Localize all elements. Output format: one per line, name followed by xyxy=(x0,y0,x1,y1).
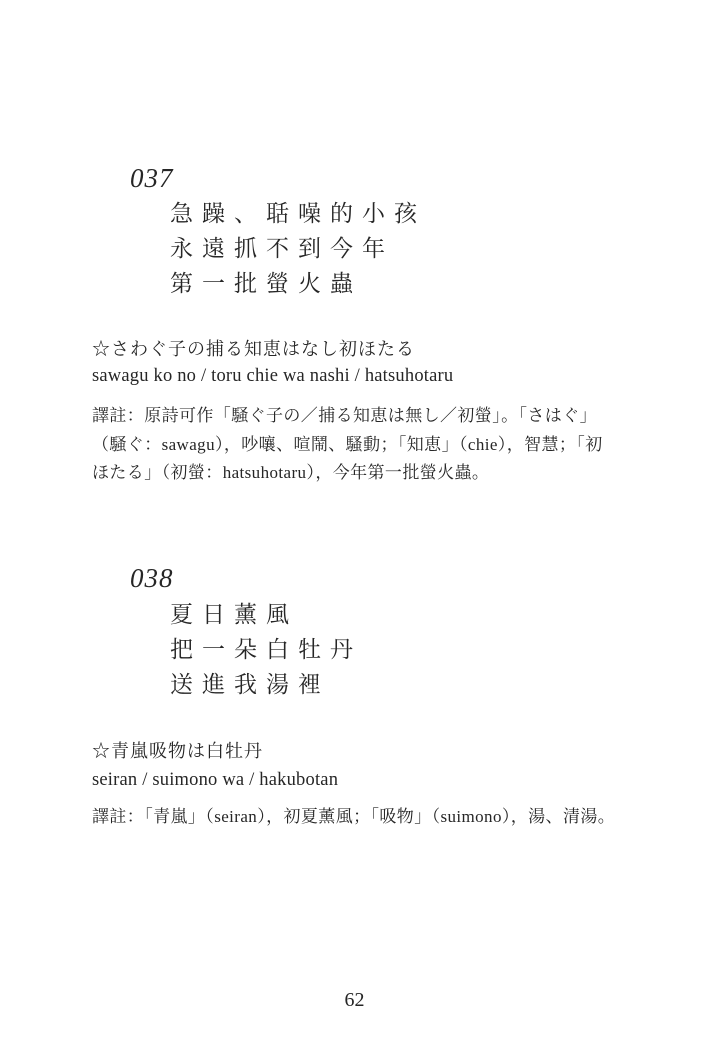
book-page: 037 急躁、聒噪的小孩 永遠抓不到今年 第一批螢火蟲 ☆さわぐ子の捕る知恵はな… xyxy=(0,0,709,1053)
entry-number-037: 037 xyxy=(130,164,174,194)
haiku-original-038: ☆青嵐吸物は白牡丹 xyxy=(92,739,263,763)
haiku-romaji-037: sawagu ko no / toru chie wa nashi / hats… xyxy=(92,364,453,388)
translator-note-037: 譯註：原詩可作「騒ぐ子の／捕る知恵は無し／初螢」。「さはぐ」 （騒ぐ：sawag… xyxy=(92,402,637,488)
note-line: ほたる」（初螢：hatsuhotaru），今年第一批螢火蟲。 xyxy=(92,459,637,488)
page-number: 62 xyxy=(0,990,709,1010)
poem-line: 送進我湯裡 xyxy=(170,667,362,702)
poem-translation-038: 夏日薰風 把一朵白牡丹 送進我湯裡 xyxy=(170,597,362,702)
poem-line: 夏日薰風 xyxy=(170,597,362,632)
haiku-romaji-038: seiran / suimono wa / hakubotan xyxy=(92,768,338,792)
entry-number-038: 038 xyxy=(130,564,174,594)
poem-line: 把一朵白牡丹 xyxy=(170,632,362,667)
poem-line: 第一批螢火蟲 xyxy=(170,266,426,301)
poem-line: 永遠抓不到今年 xyxy=(170,231,426,266)
note-line: （騒ぐ：sawagu），吵嚷、喧鬧、騷動；「知恵」（chie），智慧；「初 xyxy=(92,431,637,460)
note-line: 譯註：原詩可作「騒ぐ子の／捕る知恵は無し／初螢」。「さはぐ」 xyxy=(92,402,637,431)
haiku-original-037: ☆さわぐ子の捕る知恵はなし初ほたる xyxy=(92,337,415,361)
translator-note-038: 譯註：「青嵐」（seiran），初夏薰風；「吸物」（suimono），湯、清湯。 xyxy=(92,803,637,832)
poem-translation-037: 急躁、聒噪的小孩 永遠抓不到今年 第一批螢火蟲 xyxy=(170,196,426,301)
poem-line: 急躁、聒噪的小孩 xyxy=(170,196,426,231)
note-line: 譯註：「青嵐」（seiran），初夏薰風；「吸物」（suimono），湯、清湯。 xyxy=(92,803,637,832)
